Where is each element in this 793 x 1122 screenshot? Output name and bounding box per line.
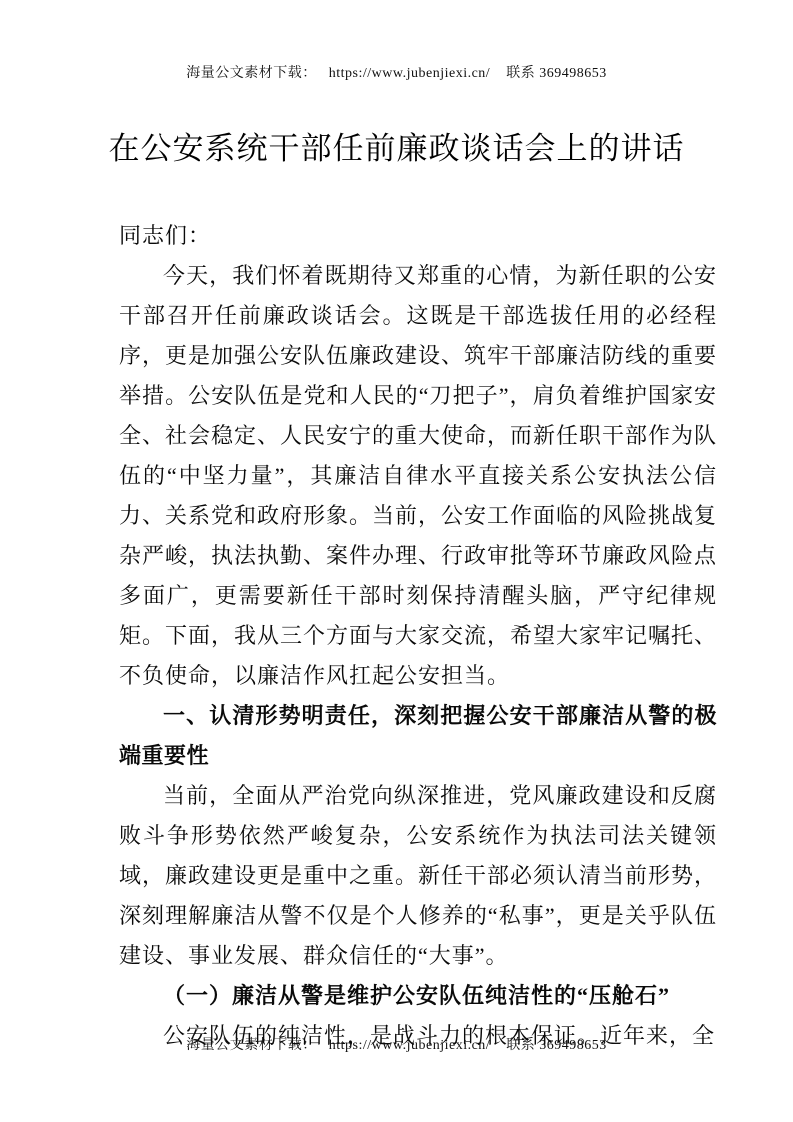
header-contact: 联系 369498653 [506, 66, 607, 81]
body-paragraph: 今天，我们怀着既期待又郑重的心情，为新任职的公安干部召开任前廉政谈话会。这既是干… [119, 256, 717, 696]
salutation-line: 同志们： [119, 216, 717, 256]
header-download-label: 海量公文素材下载： [186, 66, 317, 81]
document-body: 同志们：今天，我们怀着既期待又郑重的心情，为新任职的公安干部召开任前廉政谈话会。… [119, 216, 717, 1056]
footer-contact: 联系 369498653 [506, 1038, 607, 1053]
document-title: 在公安系统干部任前廉政谈话会上的讲话 [0, 128, 793, 170]
page-header: 海量公文素材下载：https://www.jubenjiexi.cn/ 联系 3… [0, 0, 793, 84]
section-heading: 一、认清形势明责任，深刻把握公安干部廉洁从警的极端重要性 [119, 696, 717, 776]
footer-download-label: 海量公文素材下载： [186, 1038, 317, 1053]
page-footer: 海量公文素材下载：https://www.jubenjiexi.cn/ 联系 3… [0, 1036, 793, 1056]
sub-heading: （一）廉洁从警是维护公安队伍纯洁性的“压舱石” [119, 976, 717, 1016]
footer-url: https://www.jubenjiexi.cn/ [329, 1038, 490, 1053]
document-page: 海量公文素材下载：https://www.jubenjiexi.cn/ 联系 3… [0, 0, 793, 1122]
body-paragraph: 当前，全面从严治党向纵深推进，党风廉政建设和反腐败斗争形势依然严峻复杂，公安系统… [119, 776, 717, 976]
header-url: https://www.jubenjiexi.cn/ [329, 66, 490, 81]
